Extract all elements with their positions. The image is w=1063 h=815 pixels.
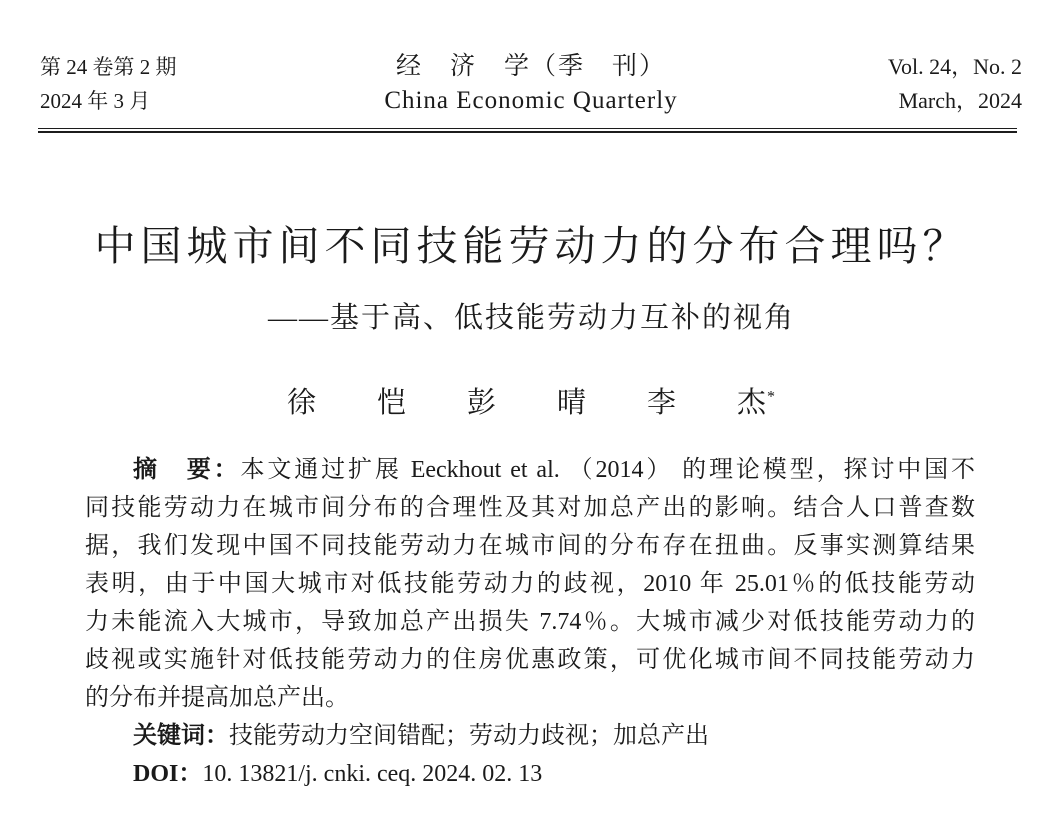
masthead: 第 24 卷第 2 期 2024 年 3 月 经 济 学（季 刊） China … bbox=[40, 50, 1022, 118]
author-footnote-mark: * bbox=[767, 388, 776, 405]
journal-title-block: 经 济 学（季 刊） China Economic Quarterly bbox=[384, 50, 677, 118]
journal-title-en: China Economic Quarterly bbox=[384, 84, 677, 118]
abstract-line: 据，我们发现中国不同技能劳动力在城市间的分布存在扭曲。反事实测算结果 bbox=[85, 527, 975, 565]
issue-info-en: Vol. 24，No. 2 March，2024 bbox=[888, 50, 1022, 118]
abstract-line: 同技能劳动力在城市间分布的合理性及其对加总产出的影响。结合人口普查数 bbox=[85, 489, 975, 527]
issue-date-en: March，2024 bbox=[888, 84, 1022, 118]
keywords-line: 关键词：技能劳动力空间错配；劳动力歧视；加总产出 bbox=[85, 717, 975, 755]
abstract-block: 摘 要：本文通过扩展 Eeckhout et al. （2014） 的理论模型，… bbox=[85, 451, 975, 793]
issue-volume-en: Vol. 24，No. 2 bbox=[888, 50, 1022, 84]
keywords-text: 技能劳动力空间错配；劳动力歧视；加总产出 bbox=[229, 723, 709, 749]
journal-first-page: 第 24 卷第 2 期 2024 年 3 月 经 济 学（季 刊） China … bbox=[0, 0, 1063, 815]
issue-date-cn: 2024 年 3 月 bbox=[40, 84, 177, 118]
doi-label: DOI： bbox=[133, 761, 202, 787]
keywords-label: 关键词： bbox=[133, 723, 229, 749]
doi-text: 10. 13821/j. cnki. ceq. 2024. 02. 13 bbox=[202, 761, 542, 787]
author-names: 徐 恺 彭 晴 李 杰 bbox=[287, 387, 767, 419]
doi-line: DOI：10. 13821/j. cnki. ceq. 2024. 02. 13 bbox=[85, 755, 975, 793]
abstract-line: 表明，由于中国大城市对低技能劳动力的歧视，2010 年 25.01％的低技能劳动 bbox=[85, 565, 975, 603]
abstract-label: 摘 要： bbox=[133, 457, 241, 483]
abstract-text: 本文通过扩展 Eeckhout et al. （2014） 的理论模型，探讨中国… bbox=[241, 457, 975, 483]
abstract-line: 歧视或实施针对低技能劳动力的住房优惠政策，可优化城市间不同技能劳动力 bbox=[85, 641, 975, 679]
authors-line: 徐 恺 彭 晴 李 杰* bbox=[0, 380, 1063, 421]
abstract-line: 力未能流入大城市，导致加总产出损失 7.74％。大城市减少对低技能劳动力的 bbox=[85, 603, 975, 641]
journal-title-cn: 经 济 学（季 刊） bbox=[384, 50, 677, 84]
masthead-divider bbox=[38, 128, 1017, 133]
abstract-line: 摘 要：本文通过扩展 Eeckhout et al. （2014） 的理论模型，… bbox=[85, 451, 975, 489]
abstract-line: 的分布并提高加总产出。 bbox=[85, 679, 975, 717]
issue-info-cn: 第 24 卷第 2 期 2024 年 3 月 bbox=[40, 50, 177, 118]
issue-volume-cn: 第 24 卷第 2 期 bbox=[40, 50, 177, 84]
article-title: 中国城市间不同技能劳动力的分布合理吗？ bbox=[0, 213, 1063, 272]
article-subtitle: ——基于高、低技能劳动力互补的视角 bbox=[0, 295, 1063, 336]
